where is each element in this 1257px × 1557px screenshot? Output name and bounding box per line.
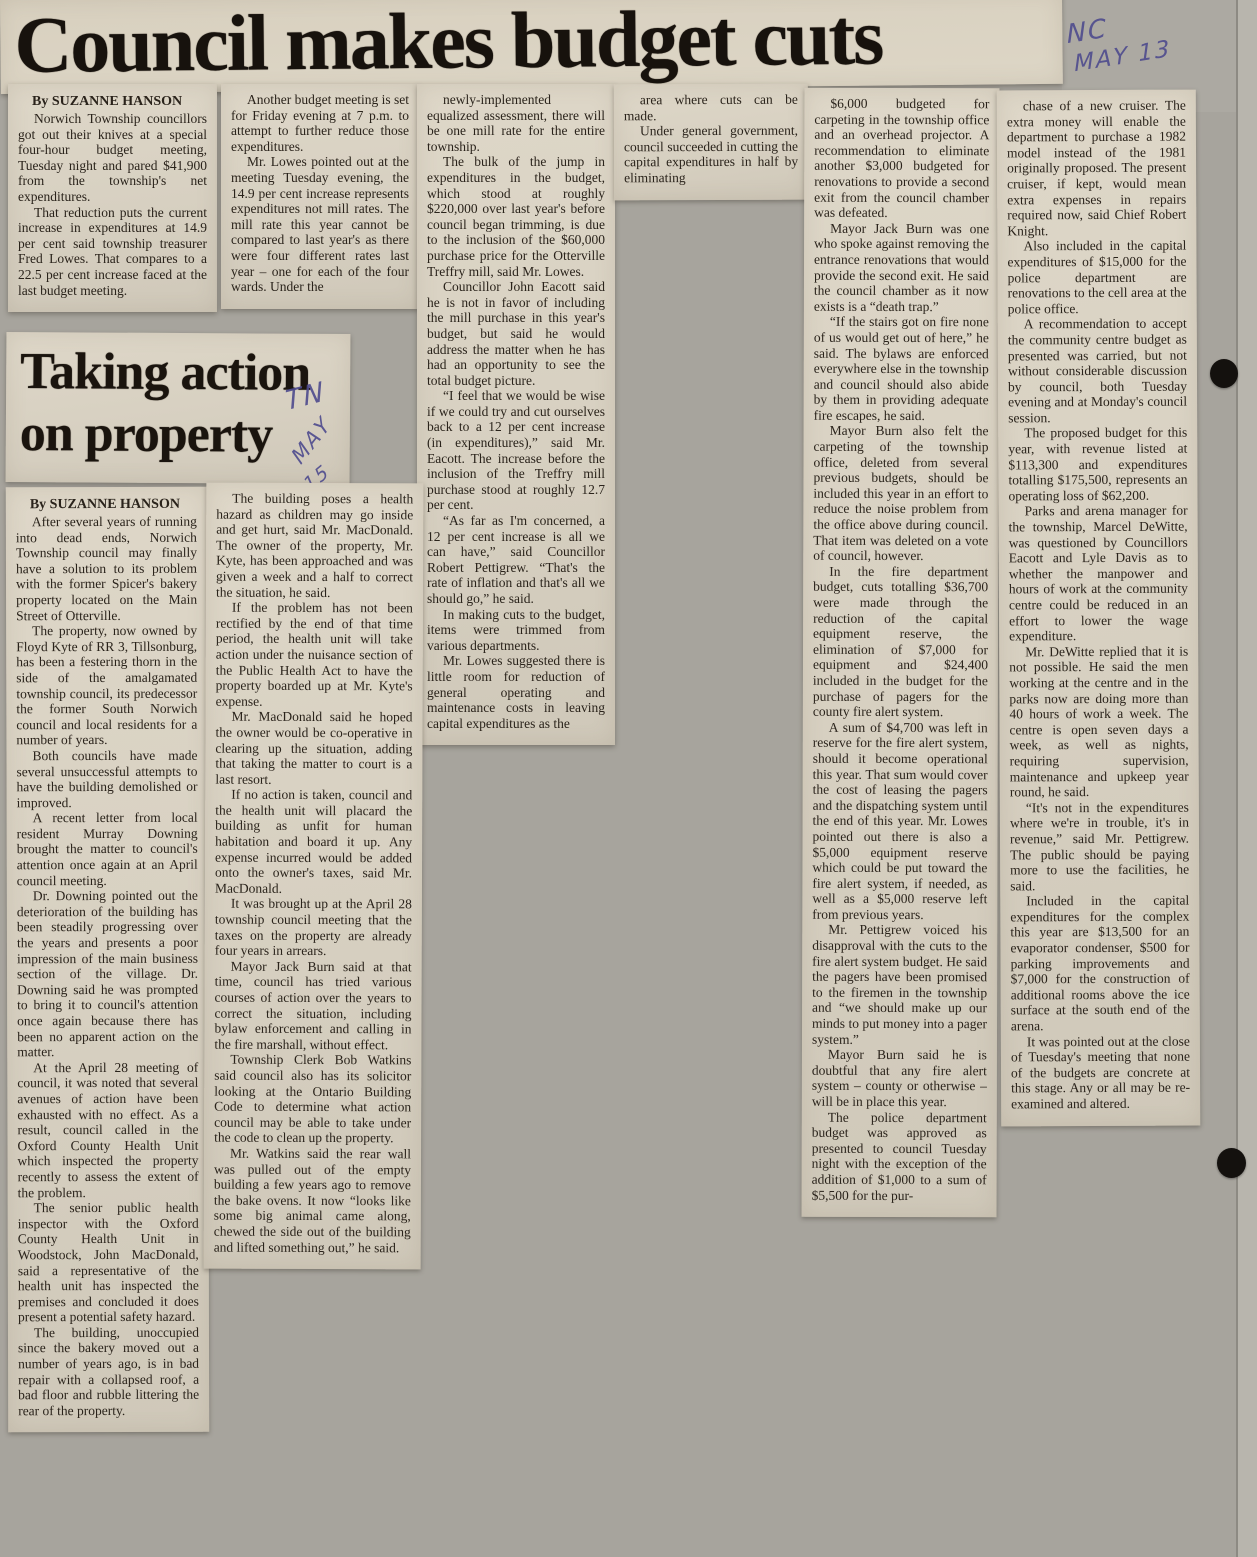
article2-byline: By SUZANNE HANSON — [16, 497, 197, 513]
article-paragraph: That reduction puts the current increase… — [18, 205, 207, 299]
article-paragraph: If the problem has not been rectified by… — [216, 600, 413, 710]
clipping-article2-col2: The building poses a health hazard as ch… — [204, 483, 424, 1270]
article-paragraph: “As far as I'm concerned, a 12 per cent … — [427, 513, 605, 607]
article-paragraph: In the fire department budget, cuts tota… — [813, 564, 988, 720]
article-paragraph: At the April 28 meeting of council, it w… — [17, 1060, 198, 1201]
article-paragraph: Under general government, council succee… — [624, 123, 798, 186]
article-paragraph: A recent letter from local resident Murr… — [17, 810, 198, 888]
article1-byline: By SUZANNE HANSON — [18, 94, 207, 110]
article-paragraph: Township Clerk Bob Watkins said council … — [214, 1052, 411, 1146]
article-paragraph: Another budget meeting is set for Friday… — [231, 92, 409, 154]
clipping-article1-col4: area where cuts can be made.Under genera… — [614, 84, 808, 200]
clipping-article1-col6: chase of a new cruiser. The extra money … — [997, 90, 1201, 1126]
article1-col1-text: Norwich Township councillors got out the… — [18, 111, 207, 298]
article-paragraph: It was brought up at the April 28 townsh… — [215, 896, 412, 959]
clipping-article2-col1: By SUZANNE HANSON After several years of… — [6, 487, 209, 1433]
article1-col5-text: $6,000 budgeted for carpeting in the tow… — [812, 96, 990, 1204]
article-paragraph: “If the stairs got on fire none of us wo… — [814, 314, 989, 424]
article-paragraph: “It's not in the expenditures where we'r… — [1010, 799, 1189, 893]
article1-headline: Council makes budget cuts — [14, 0, 1053, 96]
article-paragraph: Mr. DeWitte replied that it is not possi… — [1009, 643, 1189, 800]
article-paragraph: If no action is taken, council and the h… — [215, 787, 412, 897]
article-paragraph: newly-implemented equalized assessment, … — [427, 92, 605, 154]
article-paragraph: Mr. Lowes suggested there is little room… — [427, 653, 605, 731]
binder-hole-top — [1210, 359, 1238, 388]
article1-col4-text: area where cuts can be made.Under genera… — [624, 92, 798, 186]
article-paragraph: The proposed budget for this year, with … — [1008, 425, 1187, 504]
article-paragraph: Mr. Pettigrew voiced his disapproval wit… — [812, 922, 987, 1047]
clipping-article1-headline: Council makes budget cuts — [0, 0, 1063, 94]
article-paragraph: Mayor Jack Burn was one who spoke agains… — [814, 221, 989, 315]
clipping-article1-col1: By SUZANNE HANSON Norwich Township counc… — [8, 84, 217, 312]
article-paragraph: Norwich Township councillors got out the… — [18, 111, 207, 205]
article-paragraph: Mr. Watkins said the rear wall was pulle… — [214, 1146, 411, 1256]
article-paragraph: “I feel that we would be wise if we coul… — [427, 388, 605, 513]
article-paragraph: A recommendation to accept the community… — [1008, 316, 1187, 426]
clipping-article1-col5: $6,000 budgeted for carpeting in the tow… — [802, 88, 1000, 1218]
binder-hole-bottom — [1217, 1148, 1246, 1178]
scrapbook-page: Council makes budget cuts NC MAY 13 By S… — [0, 0, 1257, 1557]
article-paragraph: The police department budget was approve… — [812, 1109, 987, 1203]
article-paragraph: The building, unoccupied since the baker… — [18, 1325, 199, 1419]
article-paragraph: The bulk of the jump in expenditures in … — [427, 154, 605, 279]
article1-col3-text: newly-implemented equalized assessment, … — [427, 92, 605, 731]
article2-col2-text: The building poses a health hazard as ch… — [214, 491, 414, 1256]
article-paragraph: The property, now owned by Floyd Kyte of… — [16, 623, 197, 748]
article-paragraph: chase of a new cruiser. The extra money … — [1007, 98, 1187, 239]
article-paragraph: Mayor Burn said he is doubtful that any … — [812, 1047, 987, 1110]
article-paragraph: The senior public health inspector with … — [18, 1200, 199, 1325]
article-paragraph: Mr. MacDonald said he hoped the owner wo… — [215, 709, 412, 788]
article-paragraph: Mayor Jack Burn said at that time, counc… — [214, 958, 411, 1052]
article-paragraph: In making cuts to the budget, items were… — [427, 607, 605, 654]
article-paragraph: The building poses a health hazard as ch… — [216, 491, 413, 601]
article-paragraph: After several years of running into dead… — [16, 514, 197, 624]
article-paragraph: A sum of $4,700 was left in reserve for … — [812, 720, 988, 923]
article-paragraph: Both councils have made several unsucces… — [16, 748, 197, 811]
page-edge-strip — [1236, 0, 1257, 1557]
article-paragraph: Parks and arena manager for the township… — [1009, 503, 1189, 644]
article-paragraph: Mayor Burn also felt the carpeting of th… — [813, 423, 988, 564]
article1-col6-text: chase of a new cruiser. The extra money … — [1007, 98, 1190, 1112]
article-paragraph: Dr. Downing pointed out the deterioratio… — [17, 888, 198, 1060]
clipping-article1-col2: Another budget meeting is set for Friday… — [221, 84, 419, 309]
article-paragraph: Councillor John Eacott said he is not in… — [427, 279, 605, 388]
article2-col1-text: After several years of running into dead… — [16, 514, 199, 1419]
article-paragraph: $6,000 budgeted for carpeting in the tow… — [814, 96, 989, 221]
article-paragraph: area where cuts can be made. — [624, 92, 798, 124]
article-paragraph: It was pointed out at the close of Tuesd… — [1011, 1033, 1190, 1112]
article-paragraph: Also included in the capital expenditure… — [1007, 238, 1186, 317]
clipping-article1-col3: newly-implemented equalized assessment, … — [417, 84, 615, 745]
article-paragraph: Included in the capital expenditures for… — [1010, 893, 1190, 1034]
article-paragraph: Mr. Lowes pointed out at the meeting Tue… — [231, 154, 409, 294]
article1-col2-text: Another budget meeting is set for Friday… — [231, 92, 409, 295]
